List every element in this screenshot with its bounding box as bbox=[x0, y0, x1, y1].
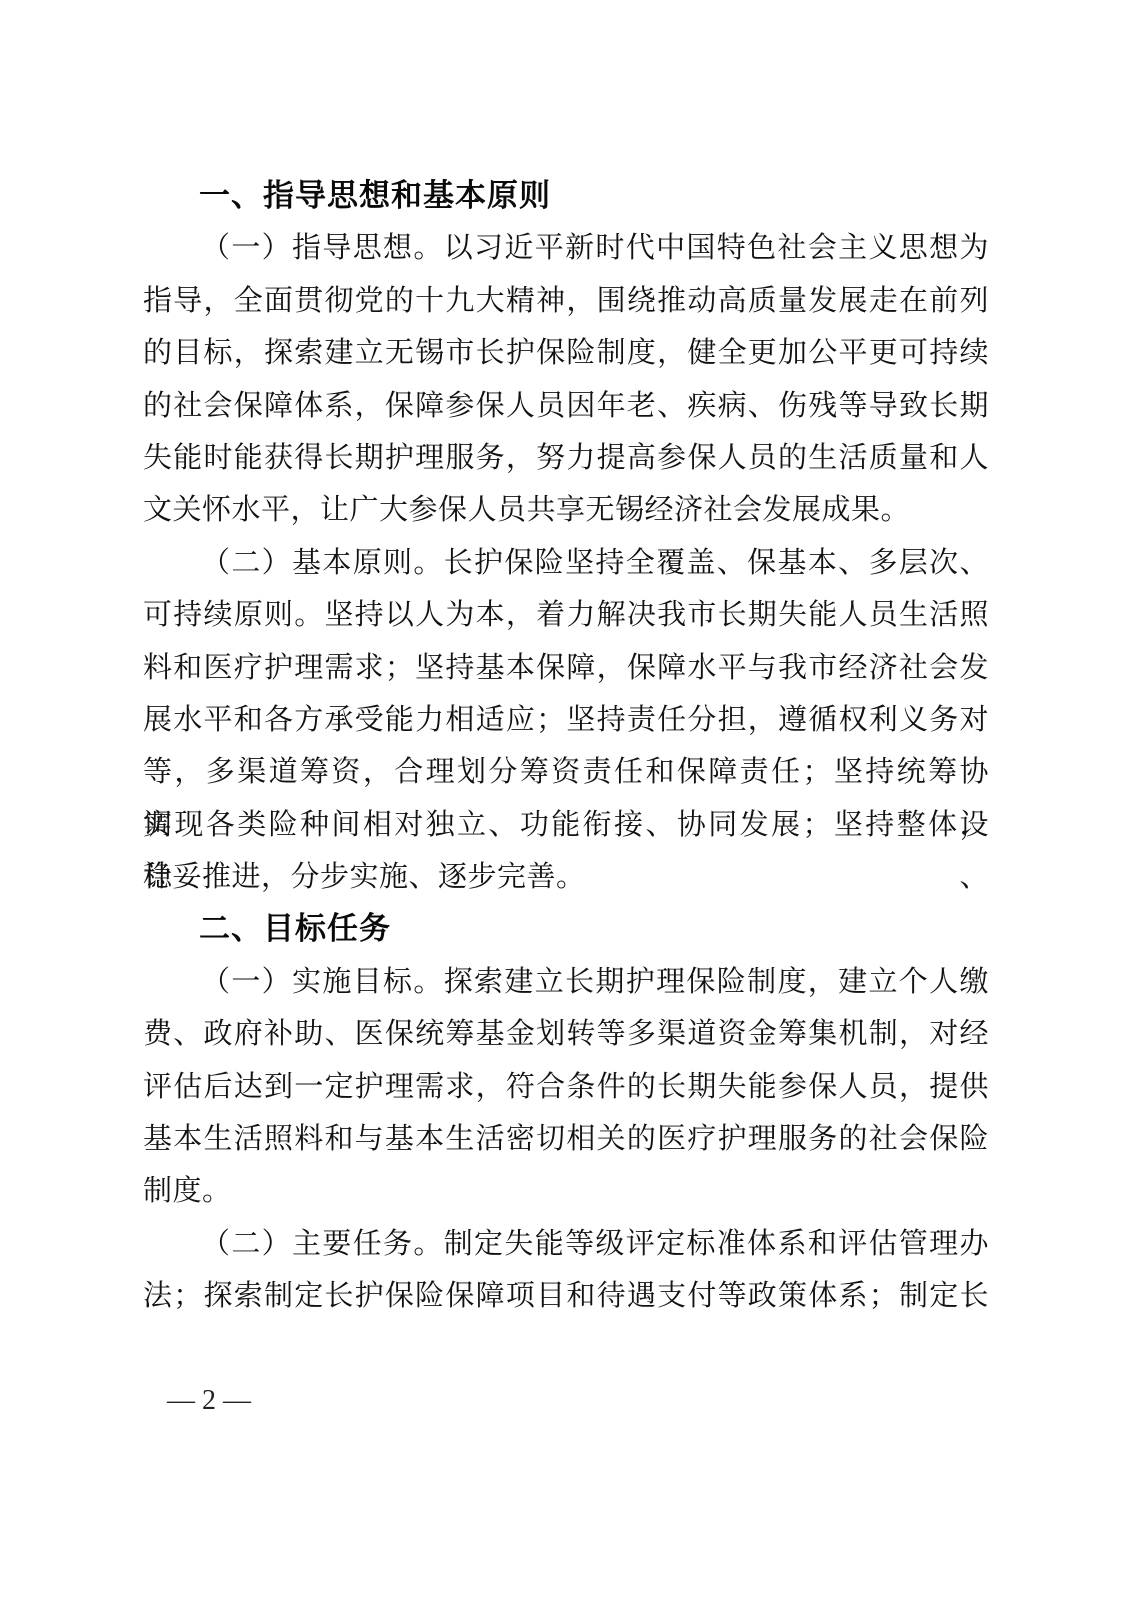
paragraph-line: 料和医疗护理需求；坚持基本保障，保障水平与我市经济社会发 bbox=[143, 642, 989, 694]
paragraph-line: 可持续原则。坚持以人为本，着力解决我市长期失能人员生活照 bbox=[143, 589, 989, 641]
paragraph-line: 实现各类险种间相对独立、功能衔接、协同发展；坚持整体设计、 bbox=[143, 799, 989, 851]
paragraph-line: （二）主要任务。制定失能等级评定标准体系和评估管理办 bbox=[143, 1218, 989, 1270]
paragraph-line: 的目标，探索建立无锡市长护保险制度，健全更加公平更可持续 bbox=[143, 327, 989, 379]
paragraph-line: 展水平和各方承受能力相适应；坚持责任分担，遵循权利义务对 bbox=[143, 694, 989, 746]
paragraph-line: 的社会保障体系，保障参保人员因年老、疾病、伤残等导致长期 bbox=[143, 380, 989, 432]
paragraph-line: 评估后达到一定护理需求，符合条件的长期失能参保人员，提供 bbox=[143, 1061, 989, 1113]
paragraph-line: （一）指导思想。以习近平新时代中国特色社会主义思想为 bbox=[143, 222, 989, 274]
paragraph-line: （二）基本原则。长护保险坚持全覆盖、保基本、多层次、 bbox=[143, 537, 989, 589]
paragraph-line: 失能时能获得长期护理服务，努力提高参保人员的生活质量和人 bbox=[143, 432, 989, 484]
paragraph-line: 制度。 bbox=[143, 1165, 989, 1217]
page-number: — 2 — bbox=[167, 1381, 251, 1421]
paragraph-line: 等，多渠道筹资，合理划分筹资责任和保障责任；坚持统筹协调， bbox=[143, 746, 989, 798]
paragraph-line: 文关怀水平，让广大参保人员共享无锡经济社会发展成果。 bbox=[143, 484, 989, 536]
paragraph-line: （一）实施目标。探索建立长期护理保险制度，建立个人缴 bbox=[143, 956, 989, 1008]
section-1-heading: 一、指导思想和基本原则 bbox=[143, 170, 989, 222]
paragraph-line: 费、政府补助、医保统筹基金划转等多渠道资金筹集机制，对经 bbox=[143, 1008, 989, 1060]
document-page: 一、指导思想和基本原则 （一）指导思想。以习近平新时代中国特色社会主义思想为 指… bbox=[0, 0, 1131, 1600]
paragraph-line: 法；探索制定长护保险保障项目和待遇支付等政策体系；制定长 bbox=[143, 1270, 989, 1322]
document-body: 一、指导思想和基本原则 （一）指导思想。以习近平新时代中国特色社会主义思想为 指… bbox=[143, 170, 989, 1323]
paragraph-line: 指导，全面贯彻党的十九大精神，围绕推动高质量发展走在前列 bbox=[143, 275, 989, 327]
section-2-heading: 二、目标任务 bbox=[143, 903, 989, 955]
paragraph-line: 基本生活照料和与基本生活密切相关的医疗护理服务的社会保险 bbox=[143, 1113, 989, 1165]
